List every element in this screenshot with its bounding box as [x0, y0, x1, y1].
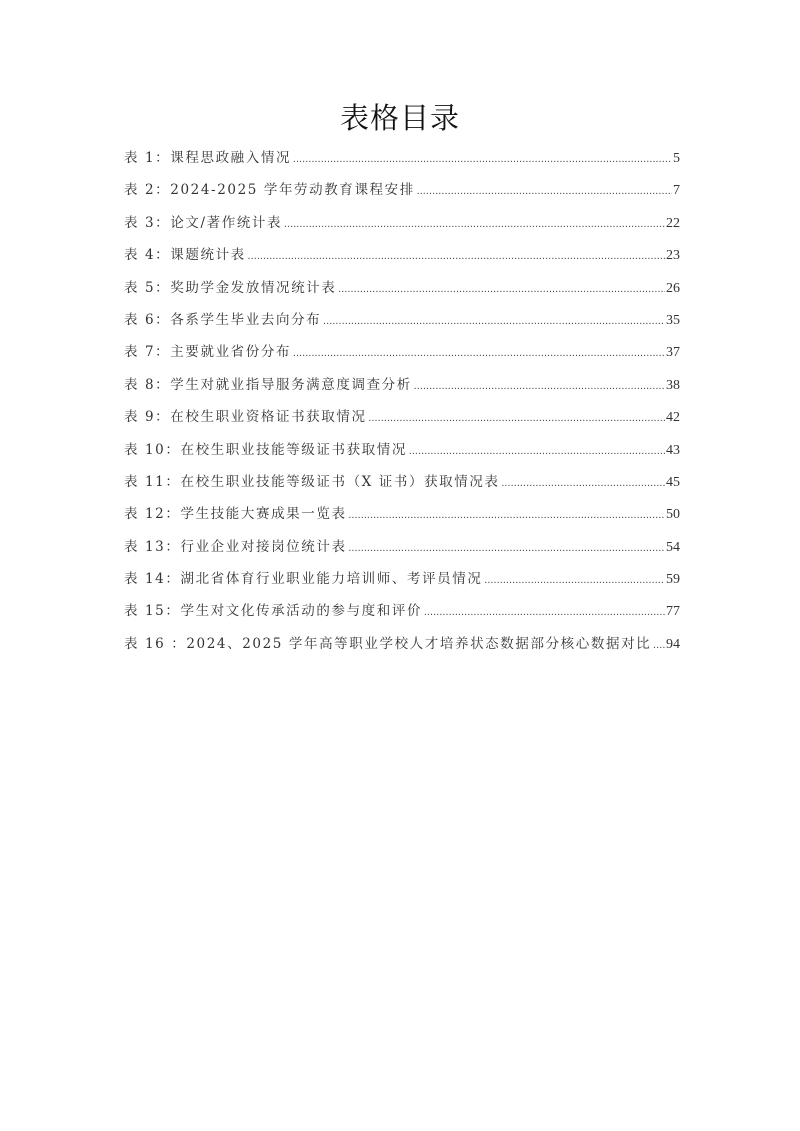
- dot-leader: [417, 181, 672, 203]
- toc-entry-page: 45: [666, 472, 680, 494]
- dot-leader: [484, 570, 665, 592]
- toc-entry-page: 43: [666, 440, 680, 462]
- toc-entry-label: 表 14：湖北省体育行业职业能力培训师、考评员情况: [124, 568, 482, 590]
- toc-entry-page: 42: [666, 407, 680, 429]
- dot-leader: [369, 408, 665, 430]
- toc-entry-page: 23: [666, 245, 680, 267]
- toc-entry[interactable]: 表 11：在校生职业技能等级证书（X 证书）获取情况表 45: [124, 471, 680, 503]
- toc-entry[interactable]: 表 4：课题统计表 23: [124, 244, 680, 276]
- document-page: 表格目录 表 1：课程思政融入情况 5 表 2：2024-2025 学年劳动教育…: [0, 0, 800, 1131]
- toc-entry[interactable]: 表 8：学生对就业指导服务满意度调查分析 38: [124, 374, 680, 406]
- toc-entry-label: 表 9：在校生职业资格证书获取情况: [124, 406, 367, 428]
- dot-leader: [414, 376, 665, 398]
- dot-leader: [502, 473, 665, 495]
- toc-entry[interactable]: 表 2：2024-2025 学年劳动教育课程安排 7: [124, 179, 680, 211]
- toc-entry[interactable]: 表 12：学生技能大赛成果一览表 50: [124, 503, 680, 535]
- toc-entry-label: 表 3：论文/著作统计表: [124, 212, 282, 234]
- toc-entry-page: 35: [666, 310, 680, 332]
- toc-entry-label: 表 7：主要就业省份分布: [124, 341, 291, 363]
- toc-entry-label: 表 16 ：2024、2025 学年高等职业学校人才培养状态数据部分核心数据对比: [124, 633, 651, 655]
- toc-entry-label: 表 6：各系学生毕业去向分布: [124, 309, 321, 331]
- dot-leader: [338, 279, 665, 301]
- toc-entry-page: 50: [666, 504, 680, 526]
- toc-entry[interactable]: 表 7：主要就业省份分布 37: [124, 341, 680, 373]
- toc-entry[interactable]: 表 3：论文/著作统计表 22: [124, 212, 680, 244]
- toc-entry-page: 37: [666, 342, 680, 364]
- toc-entry-page: 5: [673, 148, 680, 170]
- dot-leader: [293, 343, 665, 365]
- toc-entry-label: 表 4：课题统计表: [124, 244, 246, 266]
- toc-entry-page: 7: [673, 180, 680, 202]
- toc-entry[interactable]: 表 13：行业企业对接岗位统计表 54: [124, 536, 680, 568]
- dot-leader: [293, 149, 672, 171]
- table-of-tables: 表 1：课程思政融入情况 5 表 2：2024-2025 学年劳动教育课程安排 …: [124, 147, 680, 665]
- toc-entry[interactable]: 表 15：学生对文化传承活动的参与度和评价 77: [124, 600, 680, 632]
- page-title: 表格目录: [0, 98, 800, 138]
- toc-entry-page: 26: [666, 278, 680, 300]
- toc-entry-label: 表 12：学生技能大赛成果一览表: [124, 503, 347, 525]
- toc-entry-page: 59: [666, 569, 680, 591]
- dot-leader: [248, 246, 665, 268]
- toc-entry-page: 77: [666, 601, 680, 623]
- toc-entry-page: 54: [666, 537, 680, 559]
- toc-entry[interactable]: 表 1：课程思政融入情况 5: [124, 147, 680, 179]
- toc-entry-label: 表 13：行业企业对接岗位统计表: [124, 536, 347, 558]
- toc-entry-label: 表 1：课程思政融入情况: [124, 147, 291, 169]
- dot-leader: [349, 505, 665, 527]
- dot-leader: [653, 635, 665, 657]
- dot-leader: [323, 311, 665, 333]
- dot-leader: [349, 538, 665, 560]
- toc-entry-label: 表 11：在校生职业技能等级证书（X 证书）获取情况表: [124, 471, 500, 493]
- toc-entry-page: 38: [666, 375, 680, 397]
- toc-entry-page: 94: [666, 634, 680, 656]
- toc-entry[interactable]: 表 10：在校生职业技能等级证书获取情况 43: [124, 439, 680, 471]
- toc-entry-label: 表 5：奖助学金发放情况统计表: [124, 277, 336, 299]
- toc-entry-label: 表 15：学生对文化传承活动的参与度和评价: [124, 600, 422, 622]
- toc-entry-page: 22: [666, 213, 680, 235]
- toc-entry[interactable]: 表 6：各系学生毕业去向分布 35: [124, 309, 680, 341]
- toc-entry[interactable]: 表 16 ：2024、2025 学年高等职业学校人才培养状态数据部分核心数据对比…: [124, 633, 680, 665]
- toc-entry[interactable]: 表 14：湖北省体育行业职业能力培训师、考评员情况 59: [124, 568, 680, 600]
- toc-entry-label: 表 8：学生对就业指导服务满意度调查分析: [124, 374, 412, 396]
- dot-leader: [284, 214, 665, 236]
- toc-entry[interactable]: 表 5：奖助学金发放情况统计表 26: [124, 277, 680, 309]
- toc-entry-label: 表 2：2024-2025 学年劳动教育课程安排: [124, 179, 415, 201]
- toc-entry-label: 表 10：在校生职业技能等级证书获取情况: [124, 439, 407, 461]
- toc-entry[interactable]: 表 9：在校生职业资格证书获取情况 42: [124, 406, 680, 438]
- dot-leader: [424, 602, 665, 624]
- dot-leader: [409, 441, 665, 463]
